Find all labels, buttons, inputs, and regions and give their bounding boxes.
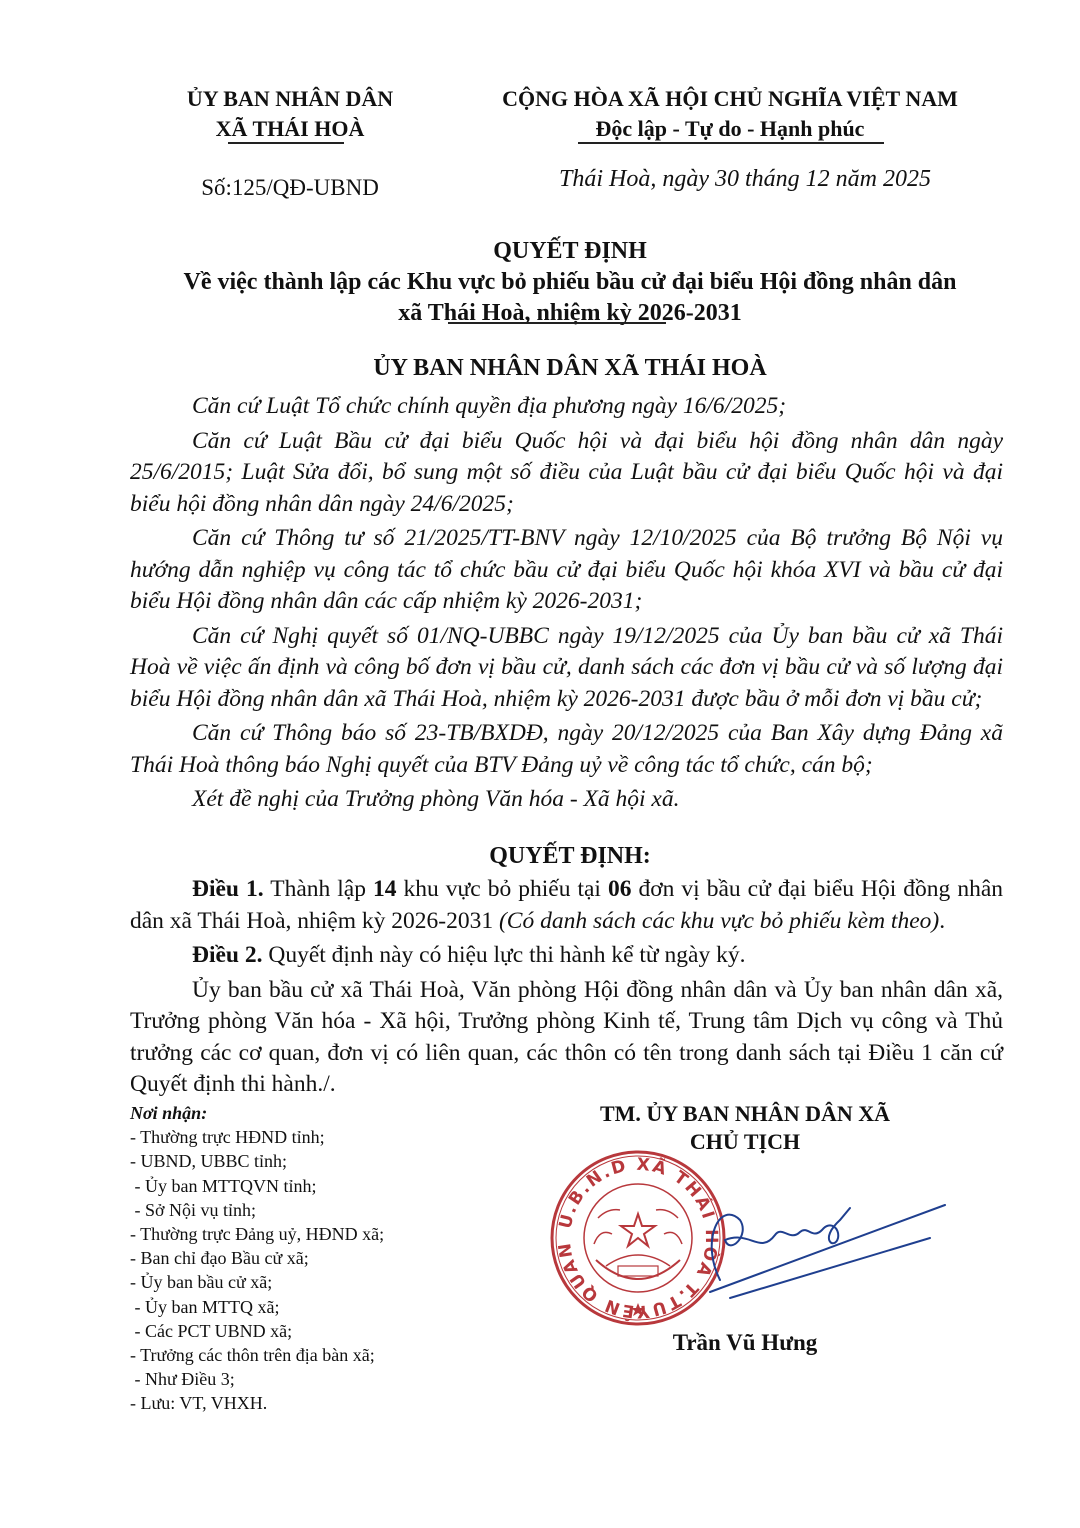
recipient-item: - Ban chỉ đạo Bầu cử xã; — [130, 1246, 470, 1270]
handwritten-signature-icon — [690, 1180, 950, 1300]
recipient-item: - Ủy ban bầu cử xã; — [130, 1270, 470, 1294]
ground-item: Xét đề nghị của Trưởng phòng Văn hóa - X… — [130, 784, 1003, 816]
place-and-date: Thái Hoà, ngày 30 tháng 12 năm 2025 — [450, 166, 1040, 193]
signer-name: Trần Vũ Hưng — [560, 1330, 930, 1356]
execution-clause: Ủy ban bầu cử xã Thái Hoà, Văn phòng Hội… — [130, 975, 1003, 1101]
recipients-list: Nơi nhận: - Thường trực HĐND tỉnh; - UBN… — [130, 1101, 470, 1416]
national-motto: CỘNG HÒA XÃ HỘI CHỦ NGHĨA VIỆT NAM Độc l… — [450, 84, 1010, 144]
subject-line-1: Về việc thành lập các Khu vực bỏ phiếu b… — [100, 267, 1040, 298]
document-number: Số:125/QĐ-UBND — [140, 175, 440, 201]
recipient-item: - Ủy ban MTTQVN tỉnh; — [130, 1174, 470, 1198]
recipient-item: - Thường trực HĐND tỉnh; — [130, 1125, 470, 1149]
recipient-item: - Lưu: VT, VHXH. — [130, 1391, 470, 1415]
article-1-label: Điều 1. — [192, 876, 264, 902]
motto-underline — [578, 142, 884, 144]
area-count: 14 — [373, 876, 397, 902]
recipient-item: - Sở Nội vụ tỉnh; — [130, 1198, 470, 1222]
recipient-item: - Trưởng các thôn trên địa bàn xã; — [130, 1343, 470, 1367]
articles: Điều 1. Thành lập 14 khu vực bỏ phiếu tạ… — [130, 874, 1003, 1104]
issuer-heading: ỦY BAN NHÂN DÂN XÃ THÁI HOÀ — [100, 355, 1040, 382]
recipient-item: - UBND, UBBC tỉnh; — [130, 1149, 470, 1173]
ground-item: Căn cứ Nghị quyết số 01/NQ-UBBC ngày 19/… — [130, 621, 1003, 716]
article-2: Điều 2. Quyết định này có hiệu lực thi h… — [130, 940, 1003, 972]
nation-line-2: Độc lập - Tự do - Hạnh phúc — [450, 114, 1010, 144]
recipient-item: - Thường trực Đảng uỷ, HĐND xã; — [130, 1222, 470, 1246]
title-underline — [448, 322, 666, 324]
recipient-item: - Các PCT UBND xã; — [130, 1319, 470, 1343]
issuing-agency: ỦY BAN NHÂN DÂN XÃ THÁI HOÀ — [140, 84, 440, 144]
agency-line-1: ỦY BAN NHÂN DÂN — [140, 84, 440, 114]
nation-line-1: CỘNG HÒA XÃ HỘI CHỦ NGHĨA VIỆT NAM — [450, 84, 1010, 114]
recipients-heading: Nơi nhận: — [130, 1101, 470, 1125]
document-title: QUYẾT ĐỊNH Về việc thành lập các Khu vực… — [100, 236, 1040, 329]
on-behalf-of: TM. ỦY BAN NHÂN DÂN XÃ — [555, 1100, 935, 1128]
ground-item: Căn cứ Thông báo số 23-TB/BXDĐ, ngày 20/… — [130, 718, 1003, 781]
ground-item: Căn cứ Luật Bầu cử đại biểu Quốc hội và … — [130, 426, 1003, 521]
ground-item: Căn cứ Thông tư số 21/2025/TT-BNV ngày 1… — [130, 523, 1003, 618]
article-1: Điều 1. Thành lập 14 khu vực bỏ phiếu tạ… — [130, 874, 1003, 937]
document-type: QUYẾT ĐỊNH — [100, 236, 1040, 267]
agency-line-2: XÃ THÁI HOÀ — [140, 114, 440, 144]
recipient-item: - Ủy ban MTTQ xã; — [130, 1295, 470, 1319]
ground-item: Căn cứ Luật Tổ chức chính quyền địa phươ… — [130, 391, 1003, 423]
recipient-item: - Như Điều 3; — [130, 1367, 470, 1391]
article-1-note: (Có danh sách các khu vực bỏ phiếu kèm t… — [499, 908, 939, 934]
article-2-label: Điều 2. — [192, 942, 263, 968]
subject-line-2: xã Thái Hoà, nhiệm kỳ 2026-2031 — [100, 298, 1040, 329]
legal-grounds: Căn cứ Luật Tổ chức chính quyền địa phươ… — [130, 391, 1003, 819]
decision-heading: QUYẾT ĐỊNH: — [100, 843, 1040, 870]
unit-count: 06 — [608, 876, 632, 902]
agency-underline — [228, 142, 344, 144]
